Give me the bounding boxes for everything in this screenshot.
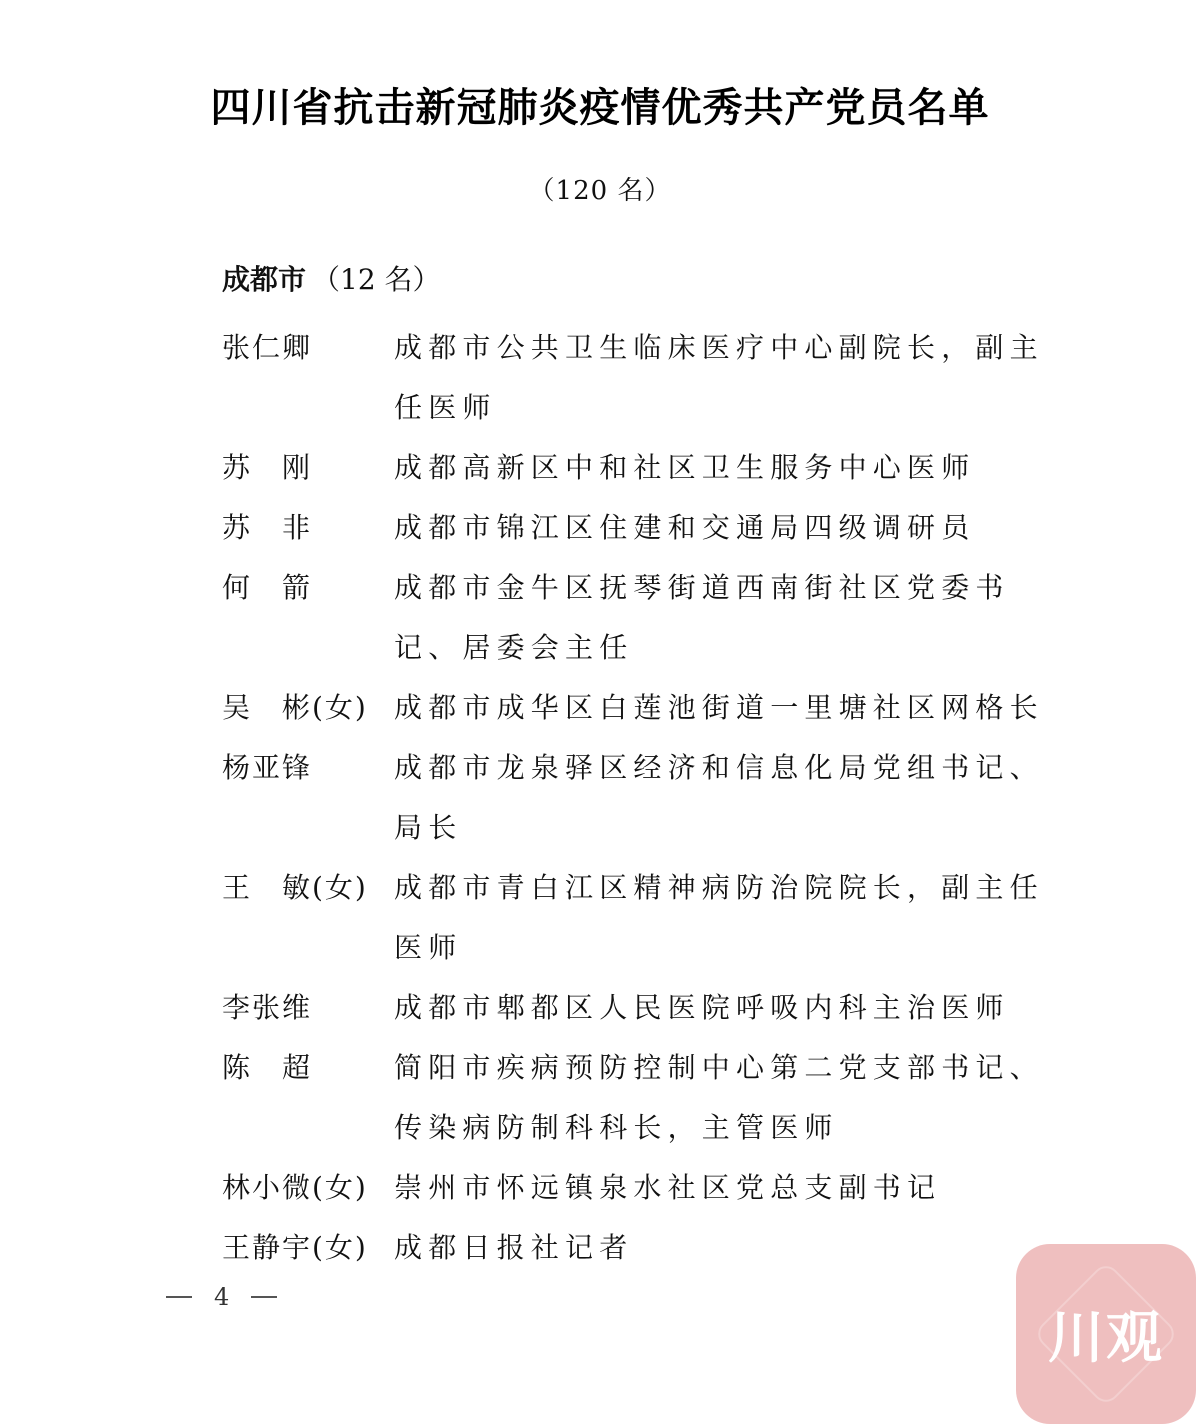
list-item: 李张维 成都市郫都区人民医院呼吸内科主治医师 — [222, 978, 1062, 1038]
member-name: 李张维 — [222, 978, 394, 1038]
member-name: 吴 彬(女) — [222, 678, 394, 738]
member-name: 张仁卿 — [222, 318, 394, 438]
member-desc: 成都市锦江区住建和交通局四级调研员 — [394, 498, 1062, 558]
document-subtitle: （120 名） — [0, 170, 1200, 207]
footer-dash-right — [251, 1296, 277, 1298]
member-desc: 成都日报社记者 — [394, 1218, 1062, 1278]
member-name: 王静宇(女) — [222, 1218, 394, 1278]
watermark-text: 川观 — [1048, 1294, 1164, 1374]
member-name: 何 箭 — [222, 558, 394, 678]
page-footer: 4 — [166, 1283, 277, 1311]
list-item: 陈 超 简阳市疾病预防控制中心第二党支部书记、传染病防制科科长，主管医师 — [222, 1038, 1062, 1158]
list-item: 张仁卿 成都市公共卫生临床医疗中心副院长，副主任医师 — [222, 318, 1062, 438]
list-item: 杨亚锋 成都市龙泉驿区经济和信息化局党组书记、局长 — [222, 738, 1062, 858]
list-item: 何 箭 成都市金牛区抚琴街道西南街社区党委书记、居委会主任 — [222, 558, 1062, 678]
member-desc: 崇州市怀远镇泉水社区党总支副书记 — [394, 1158, 1062, 1218]
member-desc: 成都高新区中和社区卫生服务中心医师 — [394, 438, 1062, 498]
member-desc: 成都市成华区白莲池街道一里塘社区网格长 — [394, 678, 1062, 738]
list-item: 吴 彬(女) 成都市成华区白莲池街道一里塘社区网格长 — [222, 678, 1062, 738]
member-name: 林小微(女) — [222, 1158, 394, 1218]
document-title: 四川省抗击新冠肺炎疫情优秀共产党员名单 — [0, 76, 1200, 133]
list-item: 林小微(女) 崇州市怀远镇泉水社区党总支副书记 — [222, 1158, 1062, 1218]
list-item: 苏 非 成都市锦江区住建和交通局四级调研员 — [222, 498, 1062, 558]
member-desc: 成都市青白江区精神病防治院院长，副主任医师 — [394, 858, 1062, 978]
list-item: 王静宇(女) 成都日报社记者 — [222, 1218, 1062, 1278]
member-desc: 成都市金牛区抚琴街道西南街社区党委书记、居委会主任 — [394, 558, 1062, 678]
footer-dash-left — [166, 1296, 192, 1298]
list-item: 苏 刚 成都高新区中和社区卫生服务中心医师 — [222, 438, 1062, 498]
member-name: 杨亚锋 — [222, 738, 394, 858]
section-city: 成都市 — [222, 258, 306, 298]
watermark-logo: 川观 — [1016, 1244, 1196, 1424]
section-heading: 成都市 （12 名） — [222, 258, 441, 298]
list-item: 王 敏(女) 成都市青白江区精神病防治院院长，副主任医师 — [222, 858, 1062, 978]
member-desc: 简阳市疾病预防控制中心第二党支部书记、传染病防制科科长，主管医师 — [394, 1038, 1062, 1158]
member-desc: 成都市郫都区人民医院呼吸内科主治医师 — [394, 978, 1062, 1038]
member-name: 苏 刚 — [222, 438, 394, 498]
member-name: 王 敏(女) — [222, 858, 394, 978]
member-name: 陈 超 — [222, 1038, 394, 1158]
member-desc: 成都市公共卫生临床医疗中心副院长，副主任医师 — [394, 318, 1062, 438]
member-list: 张仁卿 成都市公共卫生临床医疗中心副院长，副主任医师 苏 刚 成都高新区中和社区… — [222, 318, 1062, 1278]
member-desc: 成都市龙泉驿区经济和信息化局党组书记、局长 — [394, 738, 1062, 858]
section-count: （12 名） — [312, 258, 441, 298]
page-number: 4 — [214, 1283, 229, 1311]
member-name: 苏 非 — [222, 498, 394, 558]
